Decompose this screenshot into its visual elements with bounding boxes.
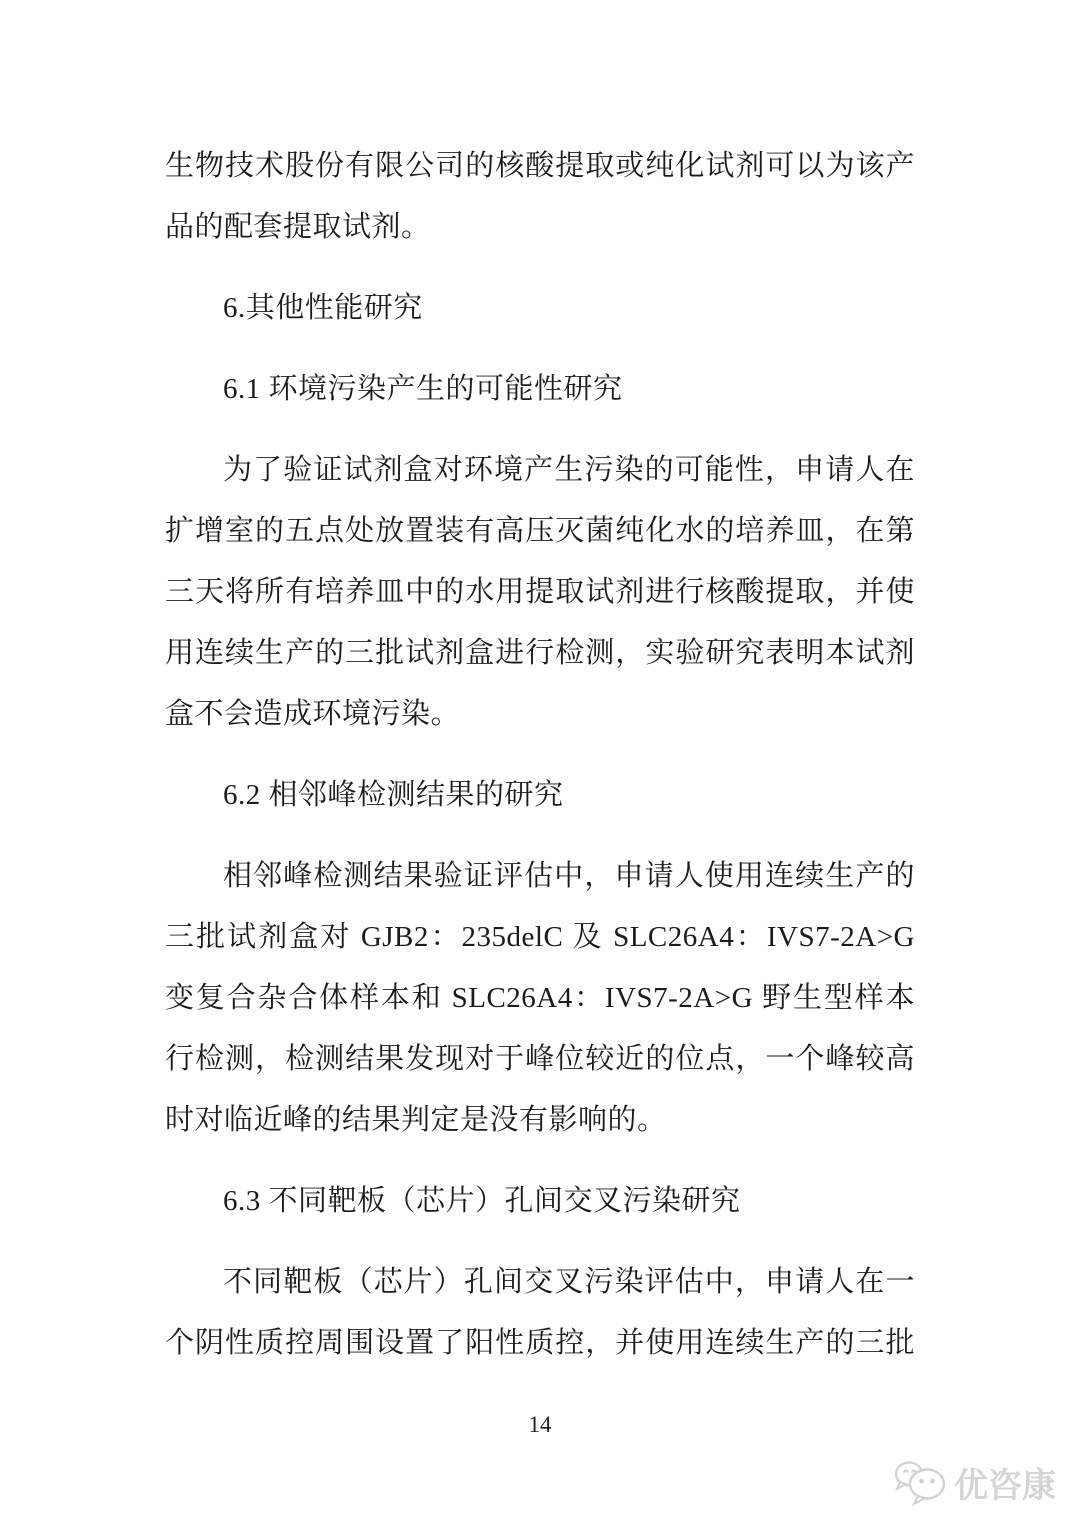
text-line: 不同靶板（芯片）孔间交叉污染评估中，申请人在一 [165, 1252, 915, 1313]
section-heading-6-1: 6.1 环境污染产生的可能性研究 [165, 359, 915, 420]
heading-line: 6.1 环境污染产生的可能性研究 [165, 359, 915, 420]
text-line: 相邻峰检测结果验证评估中，申请人使用连续生产的 [165, 846, 915, 907]
text-line: 行检测，检测结果发现对于峰位较近的位点，一个峰较高 [165, 1029, 915, 1090]
paragraph-continued-from-previous-page: 生物技术股份有限公司的核酸提取或纯化试剂可以为该产品的配套提取试剂。 [165, 136, 915, 258]
text-line: 三天将所有培养皿中的水用提取试剂进行核酸提取，并使 [165, 562, 915, 623]
watermark: 优咨康 [894, 1458, 1056, 1507]
heading-line: 6.3 不同靶板（芯片）孔间交叉污染研究 [165, 1171, 915, 1232]
paragraph-6-2: 相邻峰检测结果验证评估中，申请人使用连续生产的三批试剂盒对 GJB2：235de… [165, 846, 915, 1151]
text-line: 生物技术股份有限公司的核酸提取或纯化试剂可以为该产 [165, 136, 915, 197]
page-number: 14 [0, 1408, 1080, 1442]
document-page: 生物技术股份有限公司的核酸提取或纯化试剂可以为该产品的配套提取试剂。6.其他性能… [0, 0, 1080, 1528]
section-heading-6-2: 6.2 相邻峰检测结果的研究 [165, 765, 915, 826]
paragraph-6-3: 不同靶板（芯片）孔间交叉污染评估中，申请人在一个阴性质控周围设置了阳性质控，并使… [165, 1252, 915, 1374]
section-heading-6-3: 6.3 不同靶板（芯片）孔间交叉污染研究 [165, 1171, 915, 1232]
heading-line: 6.其他性能研究 [165, 278, 915, 339]
text-line: 时对临近峰的结果判定是没有影响的。 [165, 1090, 915, 1151]
document-content: 生物技术股份有限公司的核酸提取或纯化试剂可以为该产品的配套提取试剂。6.其他性能… [165, 136, 915, 1394]
text-line: 为了验证试剂盒对环境产生污染的可能性，申请人在 [165, 440, 915, 501]
text-line: 用连续生产的三批试剂盒进行检测，实验研究表明本试剂 [165, 623, 915, 684]
wechat-chat-bubbles-icon [894, 1460, 948, 1506]
section-heading-6: 6.其他性能研究 [165, 278, 915, 339]
text-line: 变复合杂合体样本和 SLC26A4：IVS7-2A>G 野生型样本进 [165, 968, 915, 1029]
text-line: 扩增室的五点处放置装有高压灭菌纯化水的培养皿，在第 [165, 501, 915, 562]
text-line: 品的配套提取试剂。 [165, 197, 915, 258]
paragraph-6-1: 为了验证试剂盒对环境产生污染的可能性，申请人在扩增室的五点处放置装有高压灭菌纯化… [165, 440, 915, 745]
watermark-text: 优咨康 [954, 1458, 1056, 1507]
text-line: 个阴性质控周围设置了阳性质控，并使用连续生产的三批 [165, 1313, 915, 1374]
text-line: 盒不会造成环境污染。 [165, 684, 915, 745]
text-line: 三批试剂盒对 GJB2：235delC 及 SLC26A4：IVS7-2A>G … [165, 907, 915, 968]
heading-line: 6.2 相邻峰检测结果的研究 [165, 765, 915, 826]
